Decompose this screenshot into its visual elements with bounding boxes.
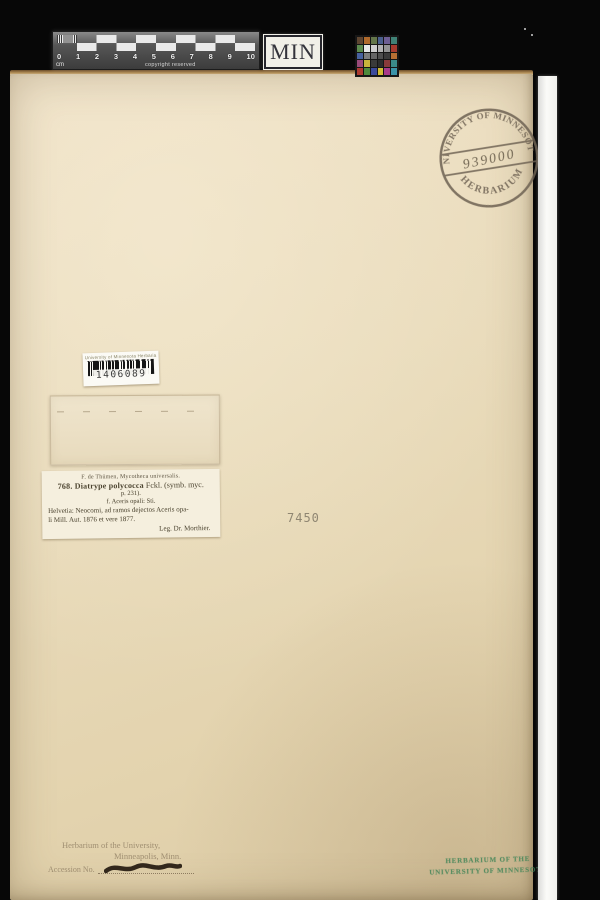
ruler-number: 3 (114, 52, 118, 61)
ruler-number: 8 (209, 52, 213, 61)
ruler-block-row-b (57, 43, 255, 51)
ruler-number: 5 (152, 52, 156, 61)
color-swatch (364, 68, 370, 75)
ruler-number: 1 (76, 52, 80, 61)
ruler-block-row-a (57, 35, 255, 43)
color-swatch (384, 68, 390, 75)
ruler-mm-ticks (57, 35, 77, 43)
color-swatch (378, 53, 384, 60)
color-swatch (371, 53, 377, 60)
color-swatch (357, 37, 363, 44)
dust-speck (524, 28, 526, 30)
ruler-copyright-text: copyright reserved (145, 62, 196, 68)
accession-stamp: Herbarium of the University, Minneapolis… (48, 840, 208, 874)
color-swatch (384, 37, 390, 44)
specimen-label: F. de Thümen, Mycotheca universalis. 768… (42, 469, 221, 539)
ruler-numbers: 012345678910 (57, 52, 255, 61)
color-swatch (391, 53, 397, 60)
color-swatch (378, 37, 384, 44)
color-swatch (357, 60, 363, 67)
ruler-number: 4 (133, 52, 137, 61)
packet-fold-crease (57, 411, 213, 413)
color-swatch (384, 45, 390, 52)
color-swatch (364, 53, 370, 60)
color-swatch (371, 68, 377, 75)
color-swatch (391, 68, 397, 75)
scanner-edge-strip (538, 76, 557, 900)
min-code-label: MIN (264, 35, 322, 69)
ruler-number: 9 (228, 52, 232, 61)
color-swatch (364, 60, 370, 67)
label-locality-line2: li Mill. Aut. 1876 et vere 1877. (48, 514, 214, 524)
typed-number: 7450 (287, 511, 320, 525)
color-swatch (391, 45, 397, 52)
color-swatch (371, 37, 377, 44)
accession-label: Accession No. (48, 865, 95, 874)
min-herbarium-code-box: MIN (263, 34, 323, 70)
color-swatch (364, 37, 370, 44)
color-swatch (384, 60, 390, 67)
color-swatch (357, 45, 363, 52)
color-swatch (357, 68, 363, 75)
color-swatch (391, 60, 397, 67)
ruler-number: 6 (171, 52, 175, 61)
color-swatch (371, 45, 377, 52)
color-swatch (378, 60, 384, 67)
label-collector-line: Leg. Dr. Morthier. (48, 524, 214, 534)
color-swatch (371, 60, 377, 67)
barcode-label: University of Minnesota Herbaria 1406089 (82, 351, 159, 387)
green-herbarium-stamp: HERBARIUM OF THE UNIVERSITY OF MINNESOTA (428, 853, 549, 879)
ruler-unit-label: cm (56, 62, 64, 68)
scale-ruler: 012345678910 cm copyright reserved (52, 31, 260, 70)
label-species-authority: Fckl. (symb. myc. (144, 480, 204, 490)
color-swatch (384, 53, 390, 60)
color-swatch (364, 45, 370, 52)
specimen-packet (50, 395, 220, 466)
color-swatch (378, 45, 384, 52)
color-swatch (378, 68, 384, 75)
herbarium-scan: 012345678910 cm copyright reserved MIN U… (0, 0, 600, 900)
accession-stamp-line1: Herbarium of the University, (48, 840, 208, 850)
dust-speck (531, 34, 533, 36)
handwritten-accession-scribble (104, 860, 182, 876)
barcode-number: 1406089 (93, 368, 150, 381)
color-calibration-chart (355, 35, 399, 77)
ruler-number: 0 (57, 52, 61, 61)
ruler-number: 10 (247, 52, 255, 61)
color-swatch (391, 37, 397, 44)
color-swatch (357, 53, 363, 60)
ruler-number: 2 (95, 52, 99, 61)
ruler-number: 7 (190, 52, 194, 61)
